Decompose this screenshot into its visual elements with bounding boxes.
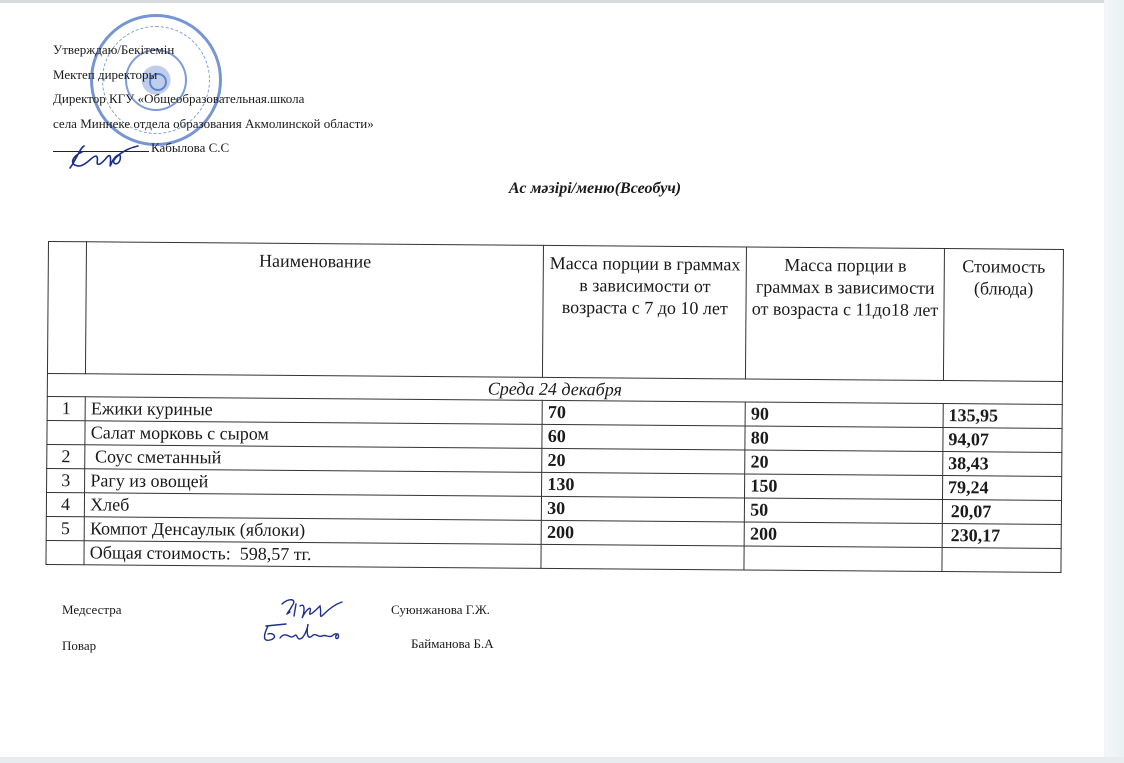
row-name: Рагу из овощей — [85, 469, 542, 497]
header-mass-7-10: Масса порции в граммах в зависимости от … — [543, 245, 747, 379]
row-mass-7-10: 30 — [542, 496, 745, 522]
row-name: Хлеб — [85, 493, 542, 521]
total-mass-7-10 — [541, 544, 744, 570]
page-right-edge — [1104, 0, 1124, 763]
row-mass-11-18: 200 — [744, 522, 942, 548]
row-cost: 79,24 — [942, 476, 1061, 501]
nurse-name: Суюнжанова Г.Ж. — [391, 602, 490, 618]
row-mass-11-18: 90 — [745, 402, 943, 428]
approval-line-2: Мектеп директоры — [53, 63, 374, 88]
row-name: Салат морковь с сыром — [85, 421, 542, 449]
table-header-row: Наименование Масса порции в граммах в за… — [47, 242, 1063, 382]
row-cost: 38,43 — [943, 452, 1062, 477]
total-num — [46, 540, 84, 564]
row-num: 1 — [47, 396, 85, 420]
row-mass-7-10: 130 — [542, 472, 745, 498]
row-num: 2 — [47, 444, 85, 468]
menu-table: Наименование Масса порции в граммах в за… — [45, 241, 1064, 573]
header-name: Наименование — [86, 242, 544, 378]
row-num: 5 — [46, 516, 84, 540]
row-cost: 94,07 — [943, 428, 1062, 453]
page-top-edge — [0, 0, 1124, 3]
header-cost: Стоимость (блюда) — [943, 249, 1063, 382]
cook-signature-icon — [256, 620, 352, 646]
page-title: Ас мәзірі/меню(Всеобуч) — [0, 180, 1124, 198]
row-mass-11-18: 20 — [745, 450, 943, 476]
row-mass-7-10: 200 — [541, 520, 744, 546]
row-cost: 20,07 — [942, 500, 1061, 525]
cook-name: Байманова Б.А — [411, 636, 494, 652]
row-mass-7-10: 20 — [542, 448, 745, 474]
row-mass-11-18: 50 — [745, 498, 943, 524]
approval-line-1: Утверждаю/Бекітемін — [53, 38, 374, 63]
director-signature-icon — [62, 138, 142, 174]
row-mass-7-10: 60 — [542, 424, 745, 450]
row-name: Соус сметанный — [85, 445, 542, 473]
row-num: 3 — [47, 468, 85, 492]
header-num — [47, 242, 86, 374]
row-cost: 135,95 — [943, 404, 1062, 429]
approval-line-3: Директор КГУ «Общеобразовательная.школа — [53, 87, 374, 112]
approval-signer-name: Кабылова С.С — [151, 140, 229, 155]
total-label: Общая стоимость: 598,57 тг. — [84, 541, 541, 569]
cook-role: Повар — [62, 638, 96, 654]
row-name: Компот Денсаулык (яблоки) — [84, 517, 541, 545]
row-name: Ежики куриные — [85, 397, 542, 425]
row-mass-11-18: 150 — [745, 474, 943, 500]
header-mass-11-18: Масса порции в граммах в зависимости от … — [746, 247, 945, 381]
row-num — [47, 420, 85, 444]
page-bottom-edge — [0, 757, 1124, 763]
nurse-role: Медсестра — [62, 602, 122, 618]
total-cost — [942, 548, 1061, 573]
row-mass-7-10: 70 — [542, 400, 745, 426]
row-cost: 230,17 — [942, 524, 1061, 549]
approval-line-4: села Миннеке отдела образования Акмолинс… — [53, 112, 374, 137]
row-num: 4 — [46, 492, 84, 516]
row-mass-11-18: 80 — [745, 426, 943, 452]
nurse-signature-icon — [276, 596, 346, 622]
total-mass-11-18 — [744, 546, 942, 572]
